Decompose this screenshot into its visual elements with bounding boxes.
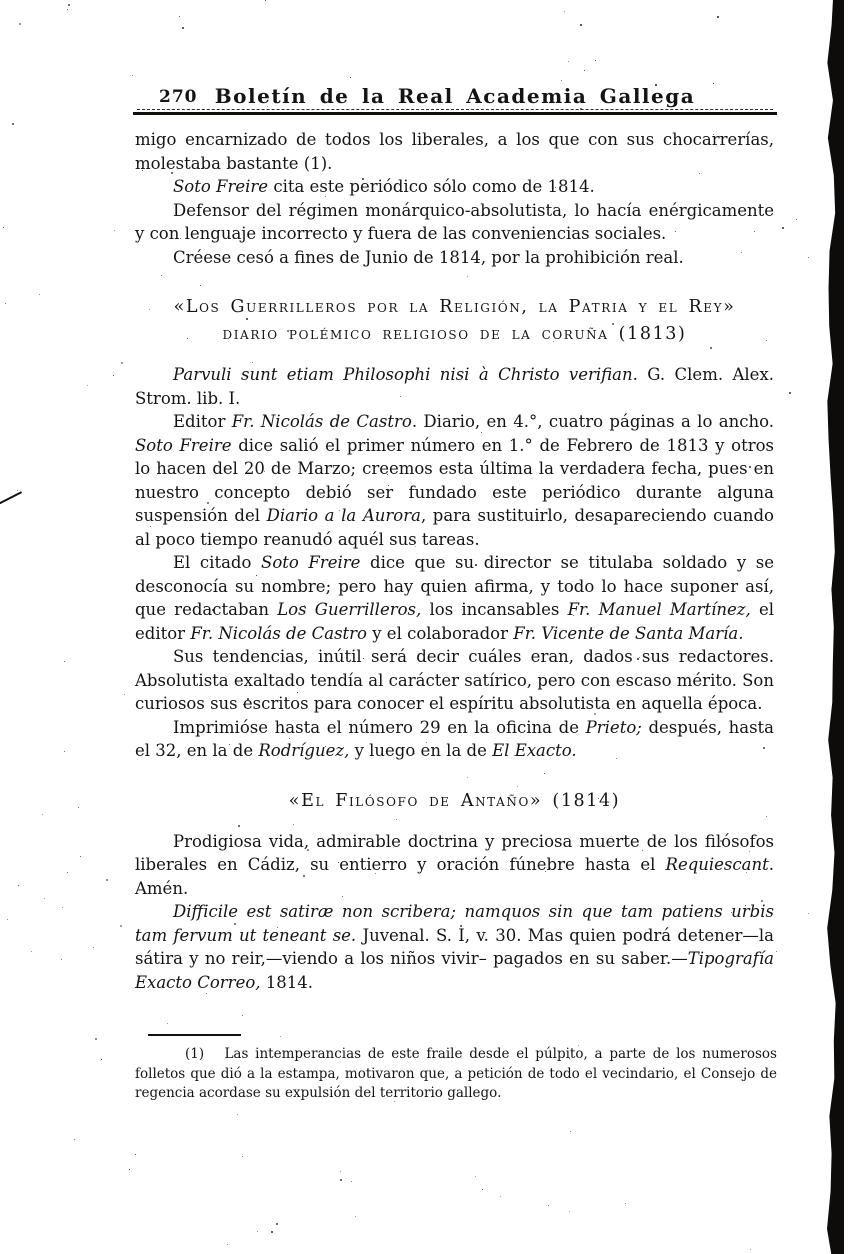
header-rule: [133, 109, 777, 117]
paragraph: migo encarnizado de todos los liberales,…: [135, 128, 774, 175]
paragraph: Defensor del régimen monárquico-absoluti…: [135, 199, 774, 246]
section-heading-line: «Los Guerrilleros por la Religión, la Pa…: [135, 294, 774, 321]
paragraph: Imprimióse hasta el número 29 en la ofic…: [135, 716, 774, 763]
paragraph: Sus tendencias, inútil será decir cuáles…: [135, 645, 774, 716]
paragraph: Créese cesó a fines de Junio de 1814, po…: [135, 246, 774, 270]
paragraph: Prodigiosa vida, admirable doctrina y pr…: [135, 830, 774, 901]
scanned-page: 270 Boletín de la Real Academia Gallega …: [0, 0, 850, 1254]
section-heading-line: diario polémico religioso de la coruña (…: [135, 321, 774, 348]
section-heading-line: «El Filósofo de Antaño» (1814): [135, 788, 774, 815]
section-heading: «El Filósofo de Antaño» (1814): [135, 788, 774, 815]
paragraph: Soto Freire cita este periódico sólo com…: [135, 175, 774, 199]
scan-binding-edge: [827, 0, 844, 1254]
footnote-block: (1) Las intemperancias de este fraile de…: [135, 1034, 777, 1104]
header-rule-thick: [133, 112, 777, 115]
paragraph: Editor Fr. Nicolás de Castro. Diario, en…: [135, 410, 774, 551]
page-header: 270 Boletín de la Real Academia Gallega: [135, 84, 775, 110]
header-rule-thin: [137, 109, 773, 110]
section-heading: «Los Guerrilleros por la Religión, la Pa…: [135, 294, 774, 348]
footnote-rule: [148, 1034, 241, 1036]
paragraph: Difficile est satiræ non scribera; namqu…: [135, 900, 774, 994]
margin-pen-mark: [0, 491, 22, 505]
paragraph: Parvuli sunt etiam Philosophi nisi à Chr…: [135, 363, 774, 410]
text-column: migo encarnizado de todos los liberales,…: [135, 128, 774, 994]
footnote: (1) Las intemperancias de este fraile de…: [135, 1045, 777, 1104]
paragraph: El citado Soto Freire dice que su direct…: [135, 551, 774, 645]
journal-title: Boletín de la Real Academia Gallega: [135, 84, 775, 108]
